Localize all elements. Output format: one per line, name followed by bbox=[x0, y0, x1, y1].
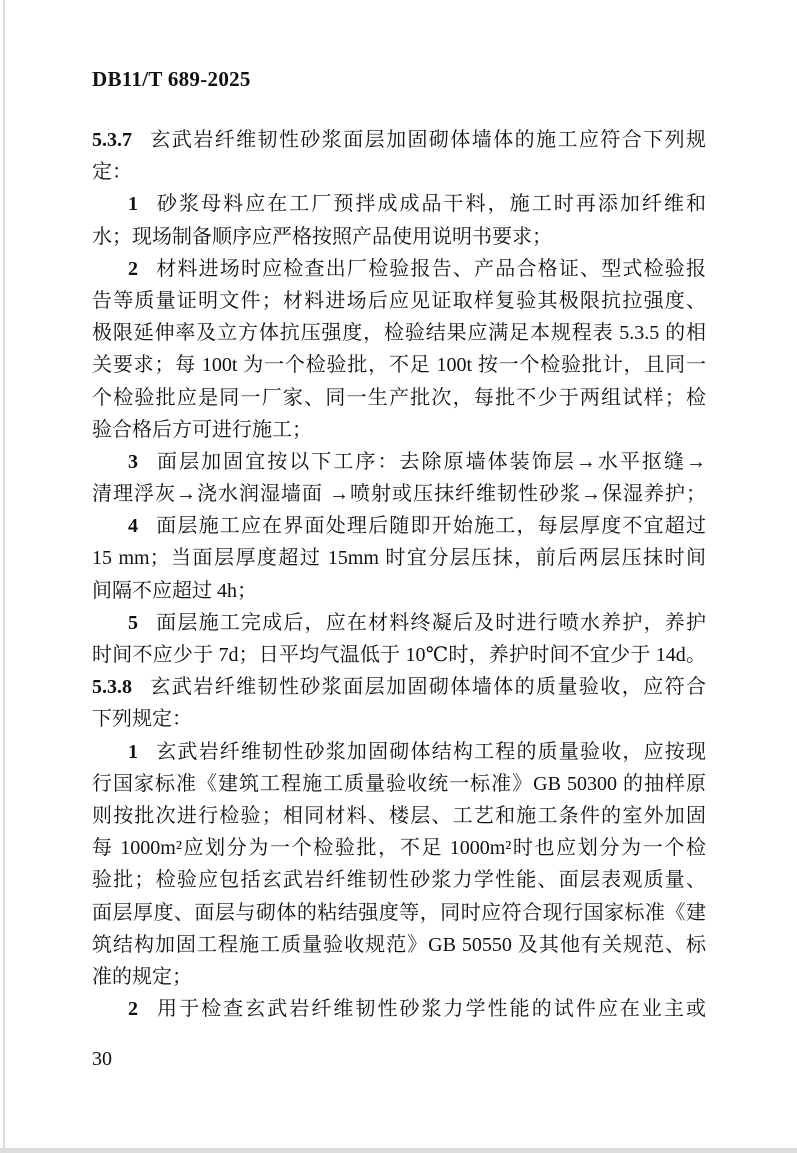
text-line: 时间不应少于 7d；日平均气温低于 10℃时，养护时间不宜少于 14d。 bbox=[92, 639, 706, 671]
clause-number: 4 bbox=[128, 515, 138, 537]
line-text: 每 1000m²应划分为一个检验批，不足 1000m²时也应划分为一个检 bbox=[92, 837, 706, 859]
line-text: 面层施工应在界面处理后随即开始施工，每层厚度不宜超过 bbox=[155, 515, 706, 537]
line-text: 玄武岩纤维韧性砂浆加固砌体结构工程的质量验收，应按现 bbox=[155, 741, 706, 763]
text-line: 清理浮灰→浇水润湿墙面 →喷射或压抹纤维韧性砂浆→保湿养护； bbox=[92, 478, 706, 510]
line-text: 15 mm；当面层厚度超过 15mm 时宜分层压抹，前后两层压抹时间 bbox=[92, 547, 706, 569]
line-text: 个检验批应是同一厂家、同一生产批次，每批不少于两组试样；检 bbox=[92, 387, 706, 409]
text-line: 准的规定； bbox=[92, 961, 706, 993]
text-line: 1砂浆母料应在工厂预拌成成品干料，施工时再添加纤维和 bbox=[92, 188, 706, 220]
line-text: 验合格后方可进行施工； bbox=[92, 419, 312, 441]
standard-code-header: DB11/T 689-2025 bbox=[92, 67, 251, 92]
text-line: 5.3.8玄武岩纤维韧性砂浆面层加固砌体墙体的质量验收，应符合 bbox=[92, 671, 706, 703]
text-line: 下列规定： bbox=[92, 703, 706, 735]
clause-number: 5.3.8 bbox=[92, 676, 132, 698]
line-text: 间隔不应超过 4h； bbox=[92, 580, 257, 602]
text-line: 关要求；每 100t 为一个检验批，不足 100t 按一个检验批计，且同一 bbox=[92, 349, 706, 381]
line-text: 则按批次进行检验；相同材料、楼层、工艺和施工条件的室外加固 bbox=[92, 805, 706, 827]
line-text: 时间不应少于 7d；日平均气温低于 10℃时，养护时间不宜少于 14d。 bbox=[92, 644, 706, 666]
text-line: 水；现场制备顺序应严格按照产品使用说明书要求； bbox=[92, 221, 706, 253]
line-text: 砂浆母料应在工厂预拌成成品干料，施工时再添加纤维和 bbox=[155, 193, 706, 215]
text-line: 间隔不应超过 4h； bbox=[92, 575, 706, 607]
line-text: 材料进场时应检查出厂检验报告、产品合格证、型式检验报 bbox=[155, 258, 706, 280]
line-text: 告等质量证明文件；材料进场后应见证取样复验其极限抗拉强度、 bbox=[92, 290, 706, 312]
text-line: 3面层加固宜按以下工序：去除原墙体装饰层→水平抠缝→ bbox=[92, 446, 706, 478]
line-text: 行国家标准《建筑工程施工质量验收统一标准》GB 50300 的抽样原 bbox=[92, 773, 706, 795]
text-line: 则按批次进行检验；相同材料、楼层、工艺和施工条件的室外加固 bbox=[92, 800, 706, 832]
clause-number: 1 bbox=[128, 193, 138, 215]
text-line: 筑结构加固工程施工质量验收规范》GB 50550 及其他有关规范、标 bbox=[92, 929, 706, 961]
line-text: 面层厚度、面层与砌体的粘结强度等，同时应符合现行国家标准《建 bbox=[92, 902, 706, 924]
text-line: 每 1000m²应划分为一个检验批，不足 1000m²时也应划分为一个检 bbox=[92, 832, 706, 864]
text-line: 1玄武岩纤维韧性砂浆加固砌体结构工程的质量验收，应按现 bbox=[92, 736, 706, 768]
text-line: 5.3.7玄武岩纤维韧性砂浆面层加固砌体墙体的施工应符合下列规 bbox=[92, 124, 706, 156]
text-line: 验批；检验应包括玄武岩纤维韧性砂浆力学性能、面层表观质量、 bbox=[92, 864, 706, 896]
text-line: 5面层施工完成后，应在材料终凝后及时进行喷水养护，养护 bbox=[92, 607, 706, 639]
line-text: 下列规定： bbox=[92, 708, 192, 730]
clause-number: 5 bbox=[128, 612, 138, 634]
scan-edge-bottom bbox=[0, 1148, 797, 1153]
line-text: 筑结构加固工程施工质量验收规范》GB 50550 及其他有关规范、标 bbox=[92, 934, 706, 956]
clause-number: 5.3.7 bbox=[92, 129, 132, 151]
text-line: 面层厚度、面层与砌体的粘结强度等，同时应符合现行国家标准《建 bbox=[92, 897, 706, 929]
line-text: 玄武岩纤维韧性砂浆面层加固砌体墙体的施工应符合下列规 bbox=[149, 129, 706, 151]
text-line: 告等质量证明文件；材料进场后应见证取样复验其极限抗拉强度、 bbox=[92, 285, 706, 317]
text-line: 极限延伸率及立方体抗压强度，检验结果应满足本规程表 5.3.5 的相 bbox=[92, 317, 706, 349]
line-text: 验批；检验应包括玄武岩纤维韧性砂浆力学性能、面层表观质量、 bbox=[92, 869, 706, 891]
clause-number: 1 bbox=[128, 741, 138, 763]
scan-edge-left bbox=[3, 0, 5, 1153]
clause-number: 2 bbox=[128, 258, 138, 280]
line-text: 面层施工完成后，应在材料终凝后及时进行喷水养护，养护 bbox=[155, 612, 706, 634]
text-line: 个检验批应是同一厂家、同一生产批次，每批不少于两组试样；检 bbox=[92, 382, 706, 414]
clause-number: 3 bbox=[128, 451, 138, 473]
page-number: 30 bbox=[92, 1048, 112, 1071]
line-text: 定： bbox=[92, 161, 132, 183]
document-page: DB11/T 689-2025 5.3.7玄武岩纤维韧性砂浆面层加固砌体墙体的施… bbox=[0, 0, 797, 1153]
text-line: 4面层施工应在界面处理后随即开始施工，每层厚度不宜超过 bbox=[92, 510, 706, 542]
text-line: 行国家标准《建筑工程施工质量验收统一标准》GB 50300 的抽样原 bbox=[92, 768, 706, 800]
text-line: 验合格后方可进行施工； bbox=[92, 414, 706, 446]
line-text: 水；现场制备顺序应严格按照产品使用说明书要求； bbox=[92, 226, 552, 248]
line-text: 清理浮灰→浇水润湿墙面 →喷射或压抹纤维韧性砂浆→保湿养护； bbox=[92, 483, 706, 505]
text-line: 2用于检查玄武岩纤维韧性砂浆力学性能的试件应在业主或 bbox=[92, 993, 706, 1025]
line-text: 关要求；每 100t 为一个检验批，不足 100t 按一个检验批计，且同一 bbox=[92, 354, 706, 376]
text-line: 15 mm；当面层厚度超过 15mm 时宜分层压抹，前后两层压抹时间 bbox=[92, 542, 706, 574]
line-text: 用于检查玄武岩纤维韧性砂浆力学性能的试件应在业主或 bbox=[155, 998, 706, 1020]
body-text: 5.3.7玄武岩纤维韧性砂浆面层加固砌体墙体的施工应符合下列规定：1砂浆母料应在… bbox=[92, 124, 706, 1025]
line-text: 玄武岩纤维韧性砂浆面层加固砌体墙体的质量验收，应符合 bbox=[149, 676, 706, 698]
line-text: 面层加固宜按以下工序：去除原墙体装饰层→水平抠缝→ bbox=[155, 451, 706, 473]
text-line: 2材料进场时应检查出厂检验报告、产品合格证、型式检验报 bbox=[92, 253, 706, 285]
line-text: 准的规定； bbox=[92, 966, 192, 988]
text-line: 定： bbox=[92, 156, 706, 188]
clause-number: 2 bbox=[128, 998, 138, 1020]
line-text: 极限延伸率及立方体抗压强度，检验结果应满足本规程表 5.3.5 的相 bbox=[92, 322, 706, 344]
